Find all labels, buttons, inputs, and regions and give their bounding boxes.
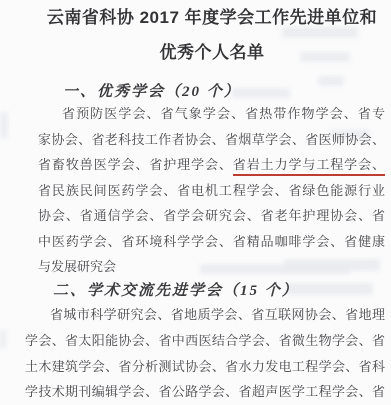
document-title: 云南省科协 2017 年度学会工作先进单位和 优秀个人名单 [39,0,385,70]
bleedthrough-artifact [0,330,6,348]
body-line: 学会、省太阳能协会、省中西医结合学会、省微生物学会、省 [25,328,385,354]
body-line: 省民族民间医药学会、省电机工程学会、省绿色能源行业 [38,178,385,204]
red-underlined-society: 省岩土力学与工程学会、 [233,157,385,176]
section-2-society-list: 省城市科学研究会、省地质学会、省互联网协会、省地理 学会、省太阳能协会、省中西医… [25,302,385,405]
bleedthrough-artifact [0,112,8,138]
document-title-line-1: 云南省科协 2017 年度学会工作先进单位和 [39,0,385,35]
bleedthrough-artifact [318,76,344,86]
section-1-society-list: 省预防医学会、省气象学会、省热带作物学会、省专 家协会、省老科技工作者协会、省烟… [38,101,385,280]
body-line: 省畜牧兽医学会、省护理学会、省岩土力学与工程学会、 [38,152,385,178]
body-line: 协会、省通信学会、省学会研究会、省老年护理协会、省 [38,203,385,229]
body-line: 中医药学会、省环境科学学会、省精品咖啡学会、省健康 [38,229,385,255]
body-line: 家协会、省老科技工作者协会、省烟草学会、省医师协会、 [38,127,385,153]
bleedthrough-artifact [287,283,373,295]
body-line: 省预防医学会、省气象学会、省热带作物学会、省专 [38,101,385,127]
section-1-heading: 一、优秀学会（20 个） [63,82,241,102]
body-line: 学技术期刊编辑学会、省公路学会、省超声医学工程学会、省 [25,379,385,405]
section-2-heading: 二、学术交流先进学会（15 个） [53,281,299,301]
body-line-text: 省畜牧兽医学会、省护理学会、 [38,157,233,172]
body-line: 省城市科学研究会、省地质学会、省互联网协会、省地理 [25,302,385,328]
scanned-document-page: 云南省科协 2017 年度学会工作先进单位和 优秀个人名单 一、优秀学会（20 … [0,0,391,405]
document-title-line-2: 优秀个人名单 [39,35,385,70]
body-line: 与发展研究会 [38,254,385,280]
body-line: 土木建筑学会、省分析测试协会、省水力发电工程学会、省科 [25,354,385,380]
